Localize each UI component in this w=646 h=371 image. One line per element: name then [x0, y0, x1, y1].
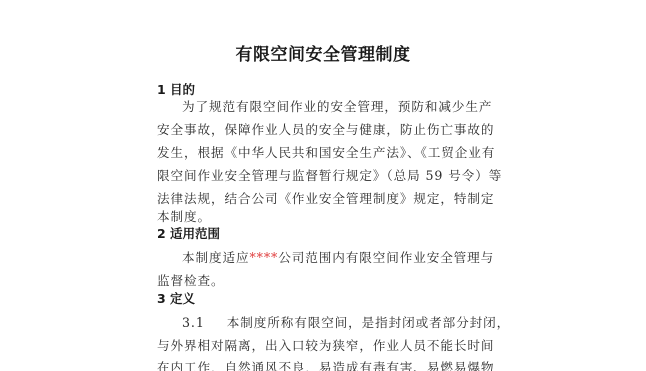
paragraph-line: 为了规范有限空间作业的安全管理，预防和减少生产	[182, 96, 492, 115]
document-title: 有限空间安全管理制度	[0, 40, 646, 65]
paragraph-line: 发生，根据《中华人民共和国安全生产法》、《工贸企业有	[157, 142, 495, 161]
clause-text: 本制度所称有限空间，是指封闭或者部分封闭，	[227, 315, 510, 330]
paragraph-line: 限空间作业安全管理与监督暂行规定》（总局 59 号令）等	[157, 165, 502, 184]
document-page: 有限空间安全管理制度 1 目的 为了规范有限空间作业的安全管理，预防和减少生产 …	[0, 0, 646, 371]
clause-number: 3.1	[182, 315, 205, 330]
paragraph-line: 与外界相对隔离，出入口较为狭窄，作业人员不能长时间	[157, 335, 494, 354]
paragraph-line: 法律法规，结合公司《作业安全管理制度》规定，特制定	[157, 188, 494, 207]
paragraph-line: 3.1本制度所称有限空间，是指封闭或者部分封闭，	[182, 312, 510, 331]
paragraph-line: 监督检查。	[157, 270, 224, 289]
paragraph-line: 本制度适应****公司范围内有限空间作业安全管理与	[182, 247, 494, 266]
scope-text-before: 本制度适应	[182, 250, 249, 265]
paragraph-line: 在内工作，自然通风不良，易造成有毒有害、易燃易爆物	[157, 357, 494, 371]
paragraph-line: 本制度。	[157, 206, 211, 225]
redacted-company-name: ****	[249, 250, 278, 265]
paragraph-line: 安全事故，保障作业人员的安全与健康，防止伤亡事故的	[157, 119, 494, 138]
section-heading-definition: 3 定义	[157, 289, 195, 307]
section-heading-scope: 2 适用范围	[157, 224, 220, 242]
scope-text-after: 公司范围内有限空间作业安全管理与	[278, 250, 494, 265]
